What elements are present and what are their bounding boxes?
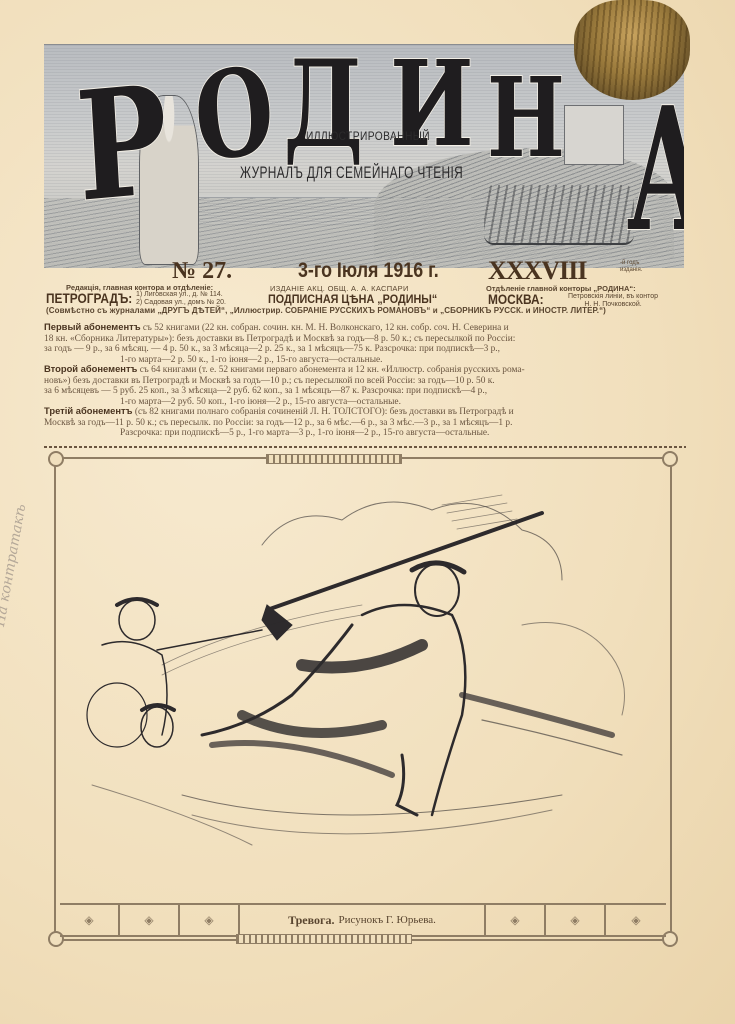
masthead-subtitle: ИЛЛЮСТРИРОВАННЫЙ bbox=[306, 129, 430, 143]
ornament-cell: ◈ bbox=[546, 905, 606, 935]
ornament-cell: ◈ bbox=[60, 905, 120, 935]
volume-note-line: -й годъ bbox=[620, 260, 639, 266]
issue-number: № 27. bbox=[172, 258, 232, 285]
subscription-label: Третій абонементъ bbox=[44, 406, 132, 416]
joint-journals-line: (Совмѣстно съ журналами „ДРУГЪ ДѢТЕЙ“, „… bbox=[46, 306, 606, 315]
ornament-cell: ◈ bbox=[180, 905, 240, 935]
title-letter: Н bbox=[487, 63, 565, 173]
title-letter: А bbox=[627, 85, 684, 255]
petrograd-addresses: 1) Лиговская ул., д. № 114. 2) Садовая у… bbox=[136, 291, 226, 307]
subscription-text: 18 кн. «Сборника Литературы»): безъ дост… bbox=[44, 334, 686, 345]
subscription-text: новъ») безъ доставки въ Петроградѣ и Мос… bbox=[44, 376, 686, 387]
subscription-text: Разсрочка: при подпискѣ—5 р., 1-го марта… bbox=[44, 428, 686, 439]
ornament-cell: ◈ bbox=[486, 905, 546, 935]
subscription-text: (съ 82 книгами полнаго собранія сочинені… bbox=[135, 407, 514, 417]
subscription-text: съ 64 книгами (т. е. 52 книгами перваго … bbox=[140, 365, 525, 375]
frame-top-ornament bbox=[266, 454, 402, 464]
volume-note-line: изданія. bbox=[620, 267, 642, 273]
illustration-caption: Тревога. Рисунокъ Г. Юрьева. bbox=[240, 905, 486, 935]
soldier-attack-drawing bbox=[62, 465, 664, 885]
church-building bbox=[564, 105, 624, 165]
ornament-cell: ◈ bbox=[120, 905, 180, 935]
subscription-text: за годъ — 9 р., за 6 мѣсяц. — 4 р. 50 к.… bbox=[44, 344, 686, 355]
masthead-tagline: ЖУРНАЛЪ ДЛЯ СЕМЕЙНАГО ЧТЕНІЯ bbox=[240, 163, 463, 183]
subscription-label: Второй абонементъ bbox=[44, 364, 137, 374]
title-letter: Р bbox=[73, 65, 171, 223]
subscription-label: Первый абонементъ bbox=[44, 322, 141, 332]
magazine-page: На контратакѣ Р О Д И Н А ИЛЛЮСТРИРОВАНН… bbox=[0, 0, 735, 1024]
subscription-second: Второй абонементъ съ 64 книгами (т. е. 5… bbox=[44, 364, 686, 407]
moscow-city-label: МОСКВА: bbox=[488, 291, 544, 307]
issue-volume: XXXVIII bbox=[488, 256, 586, 286]
brass-knocker-object bbox=[574, 0, 690, 100]
caption-credit: Рисунокъ Г. Юрьева. bbox=[338, 914, 435, 926]
illustration-frame: ◈ ◈ ◈ Тревога. Рисунокъ Г. Юрьева. ◈ ◈ ◈ bbox=[48, 451, 678, 947]
subscription-text: съ 52 книгами (22 кн. собран. сочин. кн.… bbox=[143, 323, 509, 333]
ornament-icon: ◈ bbox=[631, 913, 640, 927]
handwritten-note: На контратакѣ bbox=[0, 408, 46, 627]
subscription-price-title: ПОДПИСНАЯ ЦѢНА „РОДИНЫ“ bbox=[268, 292, 437, 306]
caption-bar: ◈ ◈ ◈ Тревога. Рисунокъ Г. Юрьева. ◈ ◈ ◈ bbox=[60, 903, 666, 937]
frame-corner-ornament bbox=[662, 451, 678, 467]
subscription-first: Первый абонементъ съ 52 книгами (22 кн. … bbox=[44, 322, 686, 365]
horse-carriage bbox=[484, 185, 634, 245]
ornament-icon: ◈ bbox=[204, 913, 213, 927]
ink-sketch bbox=[62, 465, 664, 885]
address-line: 1) Лиговская ул., д. № 114. bbox=[136, 291, 226, 299]
margin-handwriting: На контратакѣ bbox=[4, 400, 34, 650]
petrograd-city-label: ПЕТРОГРАДЪ: bbox=[46, 290, 132, 306]
title-letter: О bbox=[191, 50, 278, 180]
volume-note: -й годъ изданія. bbox=[620, 260, 642, 274]
subscription-text: Москвѣ за годъ—11 р. 50 к.; съ пересылк.… bbox=[44, 418, 686, 429]
issue-info-row: № 27. 3-го Іюля 1916 г. XXXVIII -й годъ … bbox=[44, 258, 684, 284]
caption-title: Тревога. bbox=[288, 913, 334, 928]
subscription-text: за 6 мѣсяцевъ — 5 руб. 25 коп., за 3 мѣс… bbox=[44, 386, 686, 397]
ornament-icon: ◈ bbox=[570, 913, 579, 927]
address-line: Петровскія линіи, въ контор bbox=[543, 293, 683, 301]
subscription-third: Третій абонементъ (съ 82 книгами полнаго… bbox=[44, 406, 686, 439]
issue-date: 3-го Іюля 1916 г. bbox=[298, 259, 439, 283]
frame-bottom-ornament bbox=[236, 934, 412, 944]
title-letter: И bbox=[390, 45, 474, 163]
ornament-icon: ◈ bbox=[144, 913, 153, 927]
ornament-icon: ◈ bbox=[510, 913, 519, 927]
ornament-cell: ◈ bbox=[606, 905, 666, 935]
ornament-icon: ◈ bbox=[84, 913, 93, 927]
title-letter: Д bbox=[283, 45, 363, 165]
dashed-divider bbox=[44, 446, 686, 448]
